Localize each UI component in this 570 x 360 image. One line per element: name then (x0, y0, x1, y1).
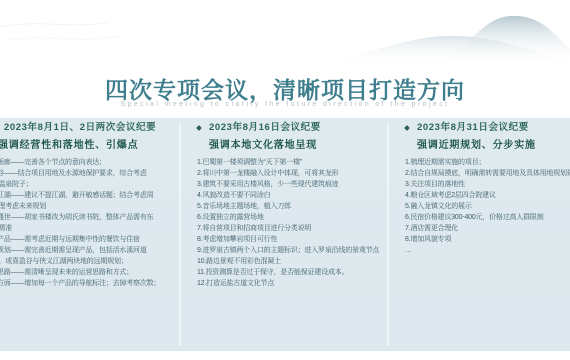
meeting-note-line: 8.考虑增加攀岩项目可行性 (197, 234, 387, 245)
meeting-column: 2023年8月16日会议纪要 强调本地文化落地呈现 1.巴蜀第一楼须调整为“天下… (197, 122, 387, 289)
meeting-note-line: 8.增加风貌专项 (405, 234, 570, 245)
meeting-column: 2023年8月1日、2日两次会议纪要 强调经营性和落地性、引爆点 1.风情画廊—… (0, 122, 208, 289)
column-lines: 1.梳理近期需实施的项目；2.结合自规局摸底，明确需转需要用地及具体用地规划建议… (405, 157, 570, 256)
cloud-stroke (0, 22, 110, 28)
meeting-note-line: 7.酒店需更合理化 (405, 223, 570, 234)
meeting-note-line: 边，合理考虑未来规划 (0, 201, 208, 212)
diamond-bullet-icon (404, 125, 410, 131)
meeting-note-line: 8.排版方面——增加每一个产品的导航标注；去掉考察次数； (0, 278, 208, 289)
meeting-note-line: 5.融入龙镇文化的展示 (405, 201, 570, 212)
meeting-date-header: 2023年8月31日会议纪要 (405, 122, 570, 134)
meeting-date: 2023年8月31日会议纪要 (417, 122, 529, 134)
meeting-focus: 强调经营性和落地性、引爆点 (0, 136, 208, 151)
meeting-note-line: 10.路边景观不用彩色混凝土 (197, 256, 387, 267)
meeting-note-line: 2.将川中第一龙楼融入设计中体现，可将其龙形 (197, 168, 387, 179)
meeting-note-line: 1.风情画廊——完善各个节点的意向表达； (0, 157, 208, 168)
main-hill (430, 16, 570, 62)
meeting-note-line: 方文化精准 (0, 223, 208, 234)
meeting-date-header: 2023年8月16日会议纪要 (197, 122, 387, 134)
meeting-note-line: 产品与温泉院子； (0, 179, 208, 190)
column-divider (387, 124, 389, 346)
column-lines: 1.风情画廊——完善各个节点的意向表达；2.喜盈谷——结合项目用地及水源地保护要… (0, 157, 208, 289)
column-lines: 1.巴蜀第一楼须调整为“天下第一楼”2.将川中第一龙楼融入设计中体现，可将其龙形… (197, 157, 387, 289)
meeting-note-line: 5.主打产品——需考虑近期与远期集中性的餐饮与住宿 (0, 234, 208, 245)
meeting-focus: 强调本地文化落地呈现 (209, 136, 387, 151)
meeting-note-line: 1.梳理近期需实施的项目； (405, 157, 570, 168)
meeting-note-line: 6.民宿价格建议300-400元，价格过高人群限制 (405, 212, 570, 223)
meeting-note-line: … (405, 245, 570, 256)
meeting-date: 2023年8月16日会议纪要 (209, 122, 321, 134)
meeting-note-line: 3.关注项目的落地性 (405, 179, 570, 190)
meeting-note-line: 5.音乐场地主题场地，植入刀郎 (197, 201, 387, 212)
meeting-note-line: 4.风貌改造不要不同涂白 (197, 190, 387, 201)
meeting-date-header: 2023年8月1日、2日两次会议纪要 (0, 122, 208, 134)
meeting-note-line: 11.投资测算是否过于保守，是否能保证建设成本。 (197, 267, 387, 278)
meeting-note-line: 1.巴蜀第一楼须调整为“天下第一楼” (197, 157, 387, 168)
meeting-note-line: 4.大唐盛世——胡家书楼改为胡氏读书院，整体产品需有东 (0, 212, 208, 223)
meeting-note-line: 4.粮仓区域考虑2层四合院建议 (405, 190, 570, 201)
diamond-bullet-icon (196, 125, 202, 131)
meeting-note-line: 12.打造运盐古道文化节点 (197, 278, 387, 289)
slide-subtitle-en: Special meeting to clarify the future di… (0, 101, 570, 108)
meeting-note-line: 7.将自营项目和招商项目进行分类说明 (197, 223, 387, 234)
meeting-note-line: 9.进罗泉古镇两个入口的主题标识；进入罗泉沿线的景观节点 (197, 245, 387, 256)
meeting-column: 2023年8月31日会议纪要 强调近期规划、分步实施 1.梳理近期需实施的项目；… (405, 122, 570, 256)
meeting-note-line: 3.建筑不要采用古楼风格，少一些现代建筑痕迹 (197, 179, 387, 190)
meeting-focus: 强调近期规划、分步实施 (417, 136, 570, 151)
slide: 四次专项会议，清晰项目打造方向 Special meeting to clari… (0, 0, 570, 360)
meeting-note-line: 6.设置独立的露营场地 (197, 212, 387, 223)
meeting-note-line: 7.运营思路——需清晰呈现未来的运营思路和方式； (0, 267, 208, 278)
meeting-note-line: 2.结合自规局摸底，明确需转需要用地及具体用地规划建议 (405, 168, 570, 179)
cloud-stroke (10, 36, 120, 40)
meeting-note-line: 3.侠义江湖——建议不提江湖，避开敏感话题；结合考虑周 (0, 190, 208, 201)
meeting-note-line: 2.喜盈谷——结合项目用地及水源地保护要求，综合考虑 (0, 168, 208, 179)
far-hill (290, 36, 570, 64)
meeting-note-line: 6.远期规划——需完善近期需呈现产品，包括活水溪河道 (0, 245, 208, 256)
meeting-date: 2023年8月1日、2日两次会议纪要 (4, 122, 156, 134)
meeting-note-line: 的改造、或喜盈谷与侠义江湖两块地的远期规划； (0, 256, 208, 267)
